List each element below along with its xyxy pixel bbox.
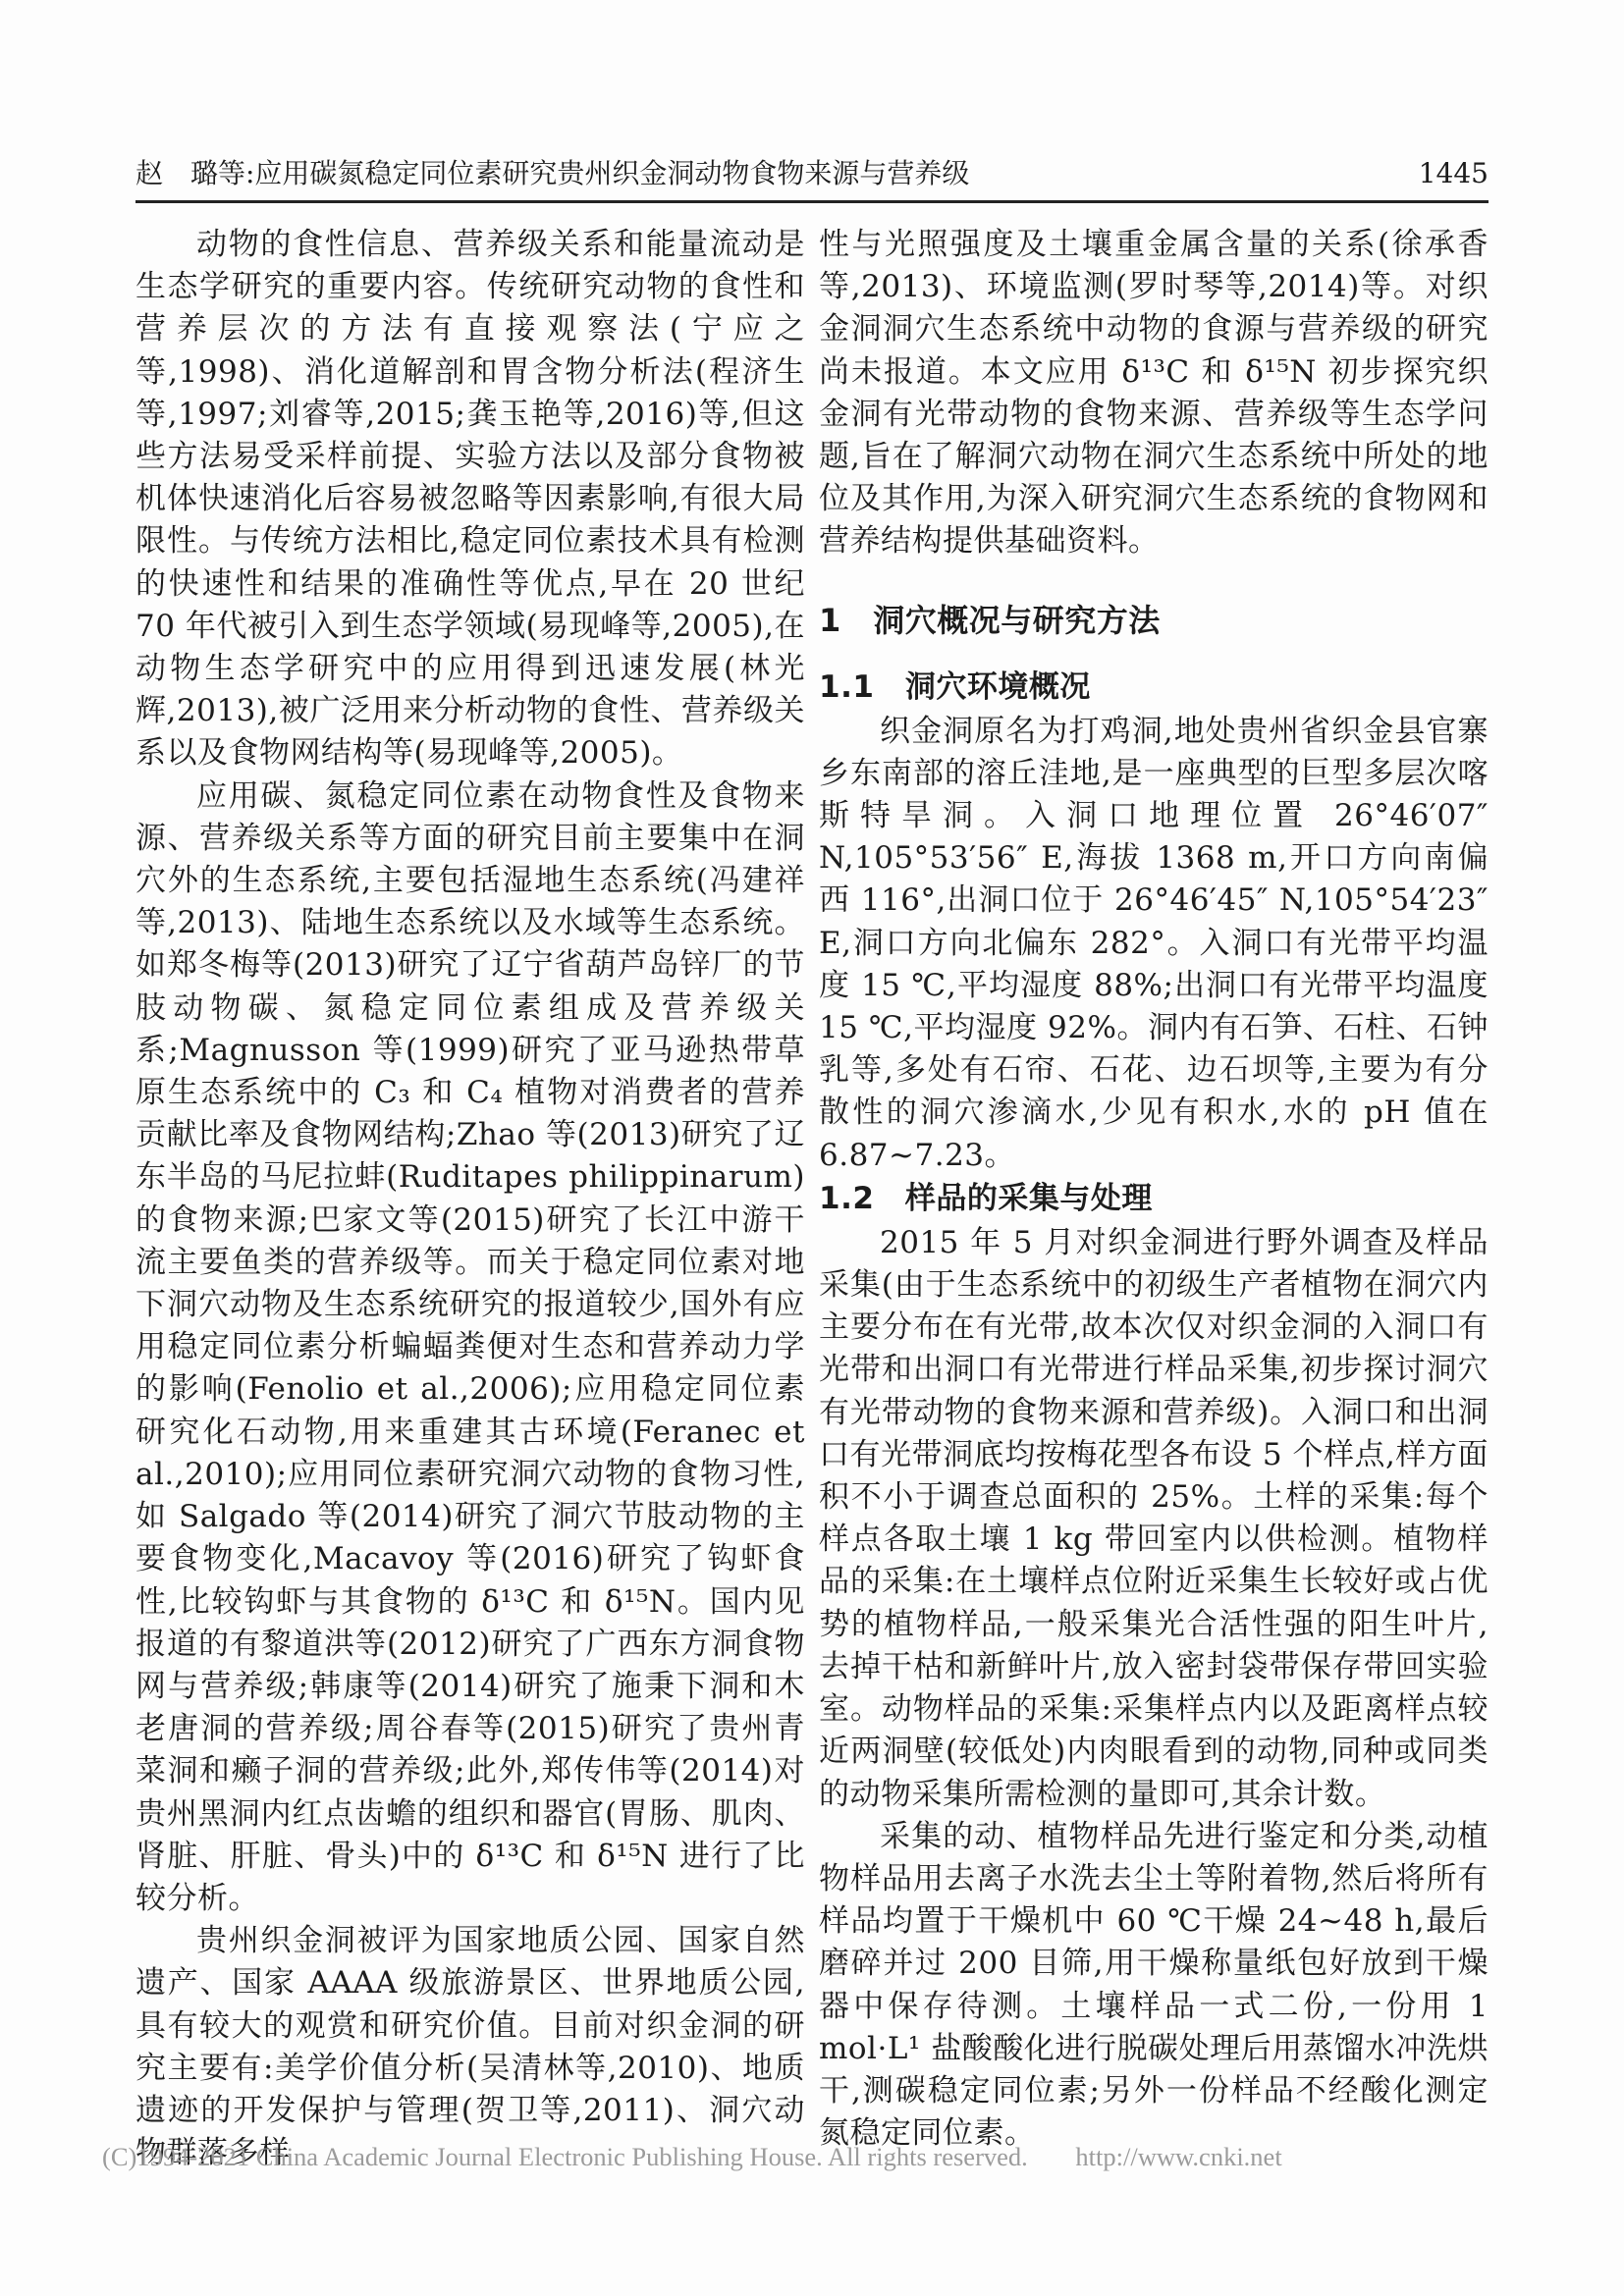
paragraph: 应用碳、氮稳定同位素在动物食性及食物来源、营养级关系等方面的研究目前主要集中在洞… <box>135 775 805 1920</box>
paragraph: 贵州织金洞被评为国家地质公园、国家自然遗产、国家 AAAA 级旅游景区、世界地质… <box>135 1920 805 2174</box>
paragraph: 采集的动、植物样品先进行鉴定和分类,动植物样品用去离子水洗去尘土等附着物,然后将… <box>819 1816 1489 2156</box>
right-text-column: 性与光照强度及土壤重金属含量的关系(徐承香等,2013)、环境监测(罗时琴等,2… <box>819 224 1489 2155</box>
header-rule <box>135 200 1489 203</box>
footer-url: http://www.cnki.net <box>1075 2142 1281 2171</box>
page-number: 1445 <box>1419 157 1489 190</box>
paragraph: 性与光照强度及土壤重金属含量的关系(徐承香等,2013)、环境监测(罗时琴等,2… <box>819 224 1489 563</box>
left-text-column: 动物的食性信息、营养级关系和能量流动是生态学研究的重要内容。传统研究动物的食性和… <box>135 224 805 2174</box>
page-footer: (C)1994-2021 China Academic Journal Elec… <box>102 2142 1526 2172</box>
subsection-heading: 1.1 洞穴环境概况 <box>819 667 1489 709</box>
journal-page: 赵 璐等:应用碳氮稳定同位素研究贵州织金洞动物食物来源与营养级 1445 动物的… <box>0 0 1624 2296</box>
paragraph: 动物的食性信息、营养级关系和能量流动是生态学研究的重要内容。传统研究动物的食性和… <box>135 224 805 775</box>
subsection-heading: 1.2 样品的采集与处理 <box>819 1178 1489 1220</box>
paragraph: 织金洞原名为打鸡洞,地处贵州省织金县官寨乡东南部的溶丘洼地,是一座典型的巨型多层… <box>819 711 1489 1177</box>
copyright-notice: (C)1994-2021 China Academic Journal Elec… <box>102 2142 1028 2171</box>
running-header: 赵 璐等:应用碳氮稳定同位素研究贵州织金洞动物食物来源与营养级 1445 <box>135 157 1489 190</box>
running-title: 赵 璐等:应用碳氮稳定同位素研究贵州织金洞动物食物来源与营养级 <box>135 157 969 190</box>
paragraph: 2015 年 5 月对织金洞进行野外调查及样品采集(由于生态系统中的初级生产者植… <box>819 1222 1489 1816</box>
section-heading: 1 洞穴概况与研究方法 <box>819 600 1489 642</box>
